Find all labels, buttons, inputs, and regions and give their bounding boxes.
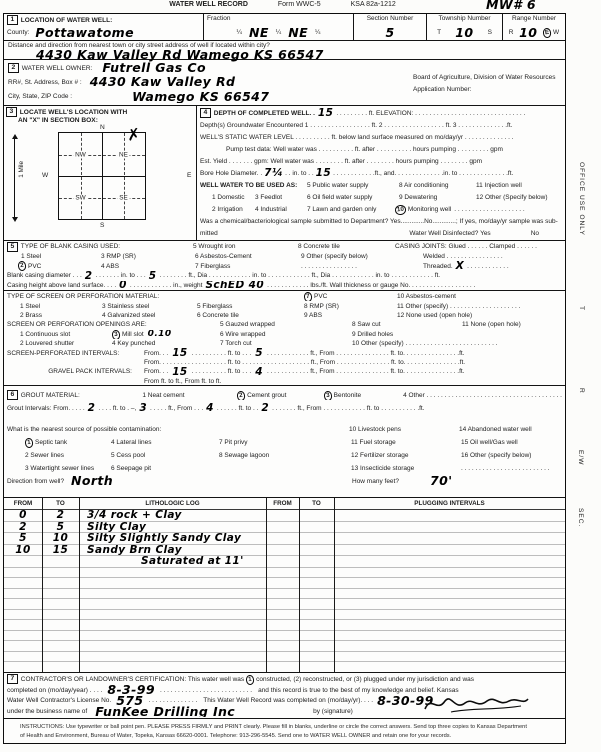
contamination-option-14: 14 Abandoned water well xyxy=(459,426,532,433)
table-row: 10 15 Sandy Brn Clay xyxy=(4,545,565,557)
bore-mid-label: . . in. to . . xyxy=(285,170,314,177)
screen-option-3: 3 Stainless steel xyxy=(102,303,197,310)
contamination-option-4: 4 Lateral lines xyxy=(111,439,219,446)
well-id-handwritten: MW# 6 xyxy=(486,0,536,12)
section5-blank-casing: 5 TYPE OF BLANK CASING USED: 5 Wrought i… xyxy=(4,241,565,291)
use-title: WELL WATER TO BE USED AS: xyxy=(200,182,307,189)
use-option-4: 4 Industrial xyxy=(255,206,307,213)
empty-cell xyxy=(299,510,334,521)
grout-mid-3: . . . . . . ft. to . . xyxy=(217,405,259,412)
openings-option-8: 8 Saw cut xyxy=(352,321,462,328)
casing-diameter-tail: . . . . . . . . ft., Dia . . . . . . . .… xyxy=(159,272,440,279)
gravel-interval-from-value: 15 xyxy=(172,367,187,376)
casing-diameter-mid: . . . . . . . in. to . . . xyxy=(96,272,146,279)
table-row xyxy=(4,578,565,589)
empty-cell xyxy=(334,556,565,567)
township-cell: Township Number T 10 S xyxy=(427,14,503,40)
casing-height-value: 0 xyxy=(119,281,127,291)
casing-diameter-value: 2 xyxy=(85,271,93,281)
section3-location-box: 3 LOCATE WELL'S LOCATION WITH AN "X" IN … xyxy=(4,106,196,240)
quad-se: SE xyxy=(117,194,130,201)
contamination-option-6: 6 Seepage pit xyxy=(111,465,351,472)
casing-diameter-label: Blank casing diameter . . . xyxy=(7,272,82,279)
gravel-intervals-blank-row: From ft. to ft., From ft. to ft. xyxy=(7,377,562,386)
section1-title: LOCATION OF WATER WELL: xyxy=(21,17,112,24)
empty-cell xyxy=(334,545,565,556)
use-option-6: 6 Oil field water supply xyxy=(307,194,399,201)
row-to: 2 xyxy=(42,510,79,521)
table-row xyxy=(4,631,565,642)
interval-tail: . . . . . . . . . . . . ft., From . . . … xyxy=(267,350,465,357)
screen-option-8: 8 RMP (SR) xyxy=(304,303,397,310)
openings-option-3: Mill slot xyxy=(122,331,144,338)
one-mile-label: 1 Mile xyxy=(18,161,25,178)
grout-option-1: 1 Neat cement xyxy=(142,392,237,399)
interval-tail: . . . . . . . . . . . . ft., From . . . … xyxy=(267,368,465,375)
quad-sw: SW xyxy=(73,194,87,201)
statute-number: KSA 82a-1212 xyxy=(351,1,396,8)
section4-well-details: 4 DEPTH OF COMPLETED WELL. . 15 . . . . … xyxy=(196,106,565,240)
grout-to-2: 2 xyxy=(261,403,269,414)
gravel-interval-to-value: 4 xyxy=(255,367,263,376)
bore-tail-label: . . . . . . . . . . . .ft., and. . . . .… xyxy=(333,170,513,177)
casing-height-tail: . . . . . . . . . . . . lbs./ft. Wall th… xyxy=(267,282,475,289)
office-use-only-label: OFFICE USE ONLY xyxy=(578,162,585,236)
section3-title-2: AN "X" IN SECTION BOX: xyxy=(18,117,194,124)
casing-option-5: 5 Wrought iron xyxy=(193,243,298,250)
range-value: 10 xyxy=(519,27,537,40)
fraction-label: Fraction xyxy=(207,15,350,22)
openings-option-3-circled: 3 xyxy=(112,330,120,339)
contamination-other-dots: . . . . . . . . . . . . . . . . . . . . … xyxy=(461,465,550,472)
contamination-option-12: 12 Fertilizer storage xyxy=(351,452,461,459)
address-value: 4430 Kaw Valley Rd xyxy=(90,76,236,89)
contamination-option-11: 11 Fuel storage xyxy=(351,439,461,446)
empty-cell xyxy=(334,522,565,533)
one-mile-arrow xyxy=(14,136,15,220)
casing-option-8: 8 Concrete tile xyxy=(298,243,395,250)
section-number-cell: Section Number 5 xyxy=(354,14,427,40)
casing-option-1: 1 Steel xyxy=(21,253,101,260)
instructions-line2: of Health and Environment, Bureau of Wat… xyxy=(20,732,555,741)
screen-intervals-label: SCREEN-PERFORATED INTERVALS: xyxy=(7,350,144,357)
empty-cell xyxy=(334,533,565,544)
feet-value: 70' xyxy=(430,475,452,488)
table-row xyxy=(4,620,565,631)
table-row xyxy=(4,641,565,652)
use-option-8: 8 Air conditioning xyxy=(399,182,476,189)
margin-t-label: T xyxy=(578,306,585,311)
fraction-value-1: NE xyxy=(249,27,269,40)
contamination-option-1: Septic tank xyxy=(35,439,67,446)
disinfected-no: No xyxy=(531,230,539,237)
range-east-circled: E xyxy=(543,28,552,38)
interval-from: From. . . xyxy=(144,350,168,357)
license-dots: . . . . . . . . . . . . . . xyxy=(149,697,198,704)
well-location-x-mark: ✗ xyxy=(126,126,142,144)
use-option-1: 1 Domestic xyxy=(212,194,255,201)
header-from: FROM xyxy=(4,498,42,509)
business-name-label: under the business name of xyxy=(7,708,87,715)
instructions-block: INSTRUCTIONS: Use typewriter or ball poi… xyxy=(4,718,565,746)
fraction-cell: Fraction ¼ NE ¼ NE ¼ xyxy=(204,14,354,40)
completed-on-label: completed on (mo/day/year) . . . . xyxy=(7,687,102,694)
casing-height-mid: . . . . . . . . . . . . in., weight xyxy=(130,282,203,289)
section3-number: 3 xyxy=(6,107,17,117)
bore-depth-value: 15 xyxy=(316,168,331,179)
grout-option-2-circled: 2 xyxy=(237,391,245,401)
section6-title: GROUT MATERIAL: xyxy=(21,392,80,399)
business-name-value: FunKee Drilling Inc xyxy=(95,706,235,717)
empty-cell xyxy=(299,533,334,544)
signature xyxy=(421,691,531,717)
table-row xyxy=(4,599,565,610)
direction-label: Direction from well? xyxy=(7,478,71,485)
pump-test-line: Pump test data: Well water was . . . . .… xyxy=(200,143,565,155)
grout-intervals-label: Grout Intervals: From. . . . . xyxy=(7,405,85,412)
county-value: Pottawatome xyxy=(35,27,134,40)
table-row: 0 2 3/4 rock + Clay xyxy=(4,510,565,522)
grout-mid-2: . . . . . ft., From . . . xyxy=(150,405,203,412)
row-lithology: Silty Clay xyxy=(79,522,266,533)
compass-n: N xyxy=(100,124,105,131)
contamination-option-10: 10 Livestock pens xyxy=(349,426,459,433)
screen-option-2: 2 Brass xyxy=(20,312,102,319)
grout-option-3: Bentonite xyxy=(334,392,361,399)
row-from: 2 xyxy=(4,522,42,533)
constructed-circled: 1 xyxy=(246,674,255,684)
joints-threaded: Threaded. xyxy=(423,263,453,270)
casing-option-2-circled: 2 xyxy=(18,261,26,271)
compass-w: W xyxy=(42,172,48,179)
empty-cell xyxy=(266,522,299,533)
quad-nw: NW xyxy=(73,151,88,158)
casing-depth-value: 5 xyxy=(149,271,157,281)
disinfected-label: Water Well Disinfected? Yes xyxy=(409,230,490,237)
empty-cell xyxy=(4,556,42,567)
table-row xyxy=(4,568,565,579)
grout-mid-1: . . . . ft. to . –, xyxy=(98,405,136,412)
section6-grout: 6 GROUT MATERIAL: 1 Neat cement 2 Cement… xyxy=(4,386,565,498)
screen-option-6: 6 Concrete tile xyxy=(197,312,304,319)
screen-option-10: 10 Asbestos-cement xyxy=(397,293,456,300)
fraction-value-2: NE xyxy=(288,27,308,40)
row-lithology: 3/4 rock + Clay xyxy=(79,510,266,521)
section3-title-1: LOCATE WELL'S LOCATION WITH xyxy=(20,109,128,116)
depth-label: DEPTH OF COMPLETED WELL. . xyxy=(214,110,315,117)
city-label: City, State, ZIP Code : xyxy=(8,93,72,100)
screen-option-9: 9 ABS xyxy=(304,312,397,319)
form-body: 1 LOCATION OF WATER WELL: County: Pottaw… xyxy=(3,13,566,744)
quarter-glyph: ¼ xyxy=(237,29,242,36)
township-t: T xyxy=(437,29,441,36)
date-completed-value: 8-3-99 xyxy=(107,685,155,696)
range-cell: Range Number R 10 EW xyxy=(503,14,565,40)
section7-certification: 7 CONTRACTOR'S OR LANDOWNER'S CERTIFICAT… xyxy=(4,673,565,718)
row-to: 10 xyxy=(42,533,79,544)
header-plugging-intervals: PLUGGING INTERVALS xyxy=(334,498,565,509)
quad-ne: NE xyxy=(117,151,130,158)
joints-welded: Welded . . . . . . . . . . . . . . . . xyxy=(423,253,503,260)
empty-cell xyxy=(266,510,299,521)
owner-value: Futrell Gas Co xyxy=(102,62,206,75)
contamination-option-2: 2 Sewer lines xyxy=(25,452,111,459)
empty-cell xyxy=(42,556,79,567)
use-option-5: 5 Public water supply xyxy=(307,182,399,189)
openings-option-11: 11 None (open hole) xyxy=(462,321,521,328)
openings-option-6: 6 Wire wrapped xyxy=(220,331,352,338)
use-option-7: 7 Lawn and garden only xyxy=(307,206,395,213)
grout-option-4: 4 Other . . . . . . . . . . . . . . . . … xyxy=(403,392,562,399)
casing-option-7: 7 Fiberglass xyxy=(195,263,301,270)
grout-to-1: 3 xyxy=(139,403,147,414)
casing-weight-value: SchED 40 xyxy=(205,281,264,291)
section-number-label: Section Number xyxy=(357,15,423,22)
grout-option-2: Cement grout xyxy=(247,392,286,399)
header-lithologic-log: LITHOLOGIC LOG xyxy=(79,498,266,509)
casing-height-label: Casing height above land surface. . . . xyxy=(7,282,116,289)
city-value: Wamego KS 66547 xyxy=(132,91,269,104)
openings-option-10: 10 Other (specify) . . . . . . . . . . .… xyxy=(352,340,498,347)
center-horizontal-line xyxy=(59,176,145,177)
screen-interval-from-value: 15 xyxy=(172,348,187,357)
table-row xyxy=(4,610,565,621)
openings-option-1: 1 Continuous slot xyxy=(20,331,112,338)
table-column-divider xyxy=(266,498,267,672)
groundwater-line: Depth(s) Groundwater Encountered 1 . . .… xyxy=(200,119,565,131)
contamination-option-5: 5 Cess pool xyxy=(111,452,219,459)
feet-label: How many feet? xyxy=(352,478,430,485)
address-label: RR#, St. Address, Box # : xyxy=(8,79,82,86)
contamination-option-16: 16 Other (specify below) xyxy=(461,452,531,459)
license-value: 575 xyxy=(116,696,143,707)
screen-option-7-circled: 7 xyxy=(304,292,312,301)
margin-ew-label: E/W xyxy=(577,450,584,465)
openings-option-9: 9 Drilled holes xyxy=(352,331,393,338)
header-to: TO xyxy=(42,498,79,509)
casing-option-3: 3 RMP (SR) xyxy=(101,253,195,260)
range-w: W xyxy=(553,29,559,36)
interval-from: From. . . xyxy=(144,368,168,375)
static-level-line: WELL'S STATIC WATER LEVEL . . . . . . . … xyxy=(200,131,565,143)
contamination-question: What is the nearest source of possible c… xyxy=(7,426,349,433)
empty-cell xyxy=(299,545,334,556)
certification-line1b: constructed, (2) reconstructed, or (3) p… xyxy=(256,676,474,683)
use-option-2: 2 Irrigation xyxy=(212,206,255,213)
row-from: 10 xyxy=(4,545,42,556)
openings-title: SCREEN OR PERFORATION OPENINGS ARE: xyxy=(7,321,220,328)
screen-perforation-section: TYPE OF SCREEN OR PERFORATION MATERIAL: … xyxy=(4,291,565,386)
page-header: WATER WELL RECORD Form WWC-5 KSA 82a-121… xyxy=(0,1,565,8)
distance-row: Distance and direction from nearest town… xyxy=(4,41,565,60)
certification-line2-dots: . . . . . . . . . . . . . . . . . . . . … xyxy=(160,687,252,694)
township-label: Township Number xyxy=(430,15,499,22)
document-title: WATER WELL RECORD xyxy=(169,1,248,8)
row-to: 15 xyxy=(42,545,79,556)
row-from: 5 xyxy=(4,533,42,544)
casing-other-dots: . . . . . . . . . . . . . . . . xyxy=(301,263,423,270)
record-date-dots: . . . . xyxy=(360,697,373,704)
interval-mid: . . . . . . . . . . ft. to . . . xyxy=(192,350,252,357)
section-number-value: 5 xyxy=(385,25,394,40)
gravel-intervals-label: GRAVEL PACK INTERVALS: xyxy=(7,368,144,375)
screen-option-11: 11 Other (specify) . . . . . . . . . . .… xyxy=(397,303,520,310)
screen-intervals-blank-row: From. . . . . . . . . . . . . . . . . . … xyxy=(7,358,562,367)
casing-joints-label: CASING JOINTS: Glued . . . . . . Clamped… xyxy=(395,243,537,250)
township-value: 10 xyxy=(455,27,473,40)
elevation-label: . . . . . . . . . ft. ELEVATION: . . . .… xyxy=(336,110,525,117)
use-option-11: 11 Injection well xyxy=(476,182,522,189)
section3-4-row: 3 LOCATE WELL'S LOCATION WITH AN "X" IN … xyxy=(4,106,565,241)
section4-number: 4 xyxy=(200,108,211,118)
contamination-option-13: 13 Insecticide storage xyxy=(351,465,461,472)
empty-cell xyxy=(334,510,565,521)
screen-interval-to-value: 5 xyxy=(255,348,263,357)
agency-block: Board of Agriculture, Division of Water … xyxy=(413,60,565,105)
lithologic-table: FROM TO LITHOLOGIC LOG FROM TO PLUGGING … xyxy=(4,498,565,673)
sample-mitted: mitted xyxy=(200,230,218,237)
table-column-divider xyxy=(42,498,43,672)
empty-cell xyxy=(299,556,334,567)
use-option-9: 9 Dewatering xyxy=(399,194,476,201)
section5-number: 5 xyxy=(7,242,18,252)
table-row xyxy=(4,589,565,600)
interval-mid: . . . . . . . . . . ft. to . . . xyxy=(192,368,252,375)
casing-option-2: PVC xyxy=(28,263,41,270)
township-s: S xyxy=(488,29,492,36)
screen-option-5: 5 Fiberglass xyxy=(197,303,304,310)
row-lithology: Silty Slightly Sandy Clay xyxy=(79,533,266,544)
grout-tail: . . . . . . . ft., From . . . . . . . . … xyxy=(272,405,424,412)
section1-number: 1 xyxy=(7,15,18,25)
header-from-2: FROM xyxy=(266,498,299,509)
water-well-record-scan: WATER WELL RECORD Form WWC-5 KSA 82a-121… xyxy=(0,0,601,752)
casing-option-4: 4 ABS xyxy=(101,263,195,270)
empty-cell xyxy=(266,556,299,567)
license-label: Water Well Contractor's License No. xyxy=(7,697,111,704)
use-option-10-dots: . . . . . . . . . . . . . . . . . . . . xyxy=(454,206,524,213)
application-number-label: Application Number: xyxy=(413,84,565,96)
compass-e: E xyxy=(187,172,191,179)
certification-line1a: CONTRACTOR'S OR LANDOWNER'S CERTIFICATIO… xyxy=(21,676,244,683)
county-label: County: xyxy=(7,29,29,36)
empty-cell xyxy=(299,522,334,533)
est-yield-line: Est. Yield . . . . . . . gpm: Well water… xyxy=(200,155,565,167)
use-option-10-circled: 10 xyxy=(395,205,407,216)
screen-option-12: 12 None used (open hole) xyxy=(397,312,472,319)
use-option-10: Monitoring well xyxy=(408,206,451,213)
header-to-2: TO xyxy=(299,498,334,509)
margin-r-label: R xyxy=(578,388,585,394)
section2-owner: 2 WATER WELL OWNER: Futrell Gas Co RR#, … xyxy=(4,60,565,106)
bore-diameter-value: 7¼ xyxy=(264,168,283,179)
grout-from-1: 2 xyxy=(88,403,96,414)
contamination-option-8: 8 Sewage lagoon xyxy=(219,452,351,459)
screen-option-1: 1 Steel xyxy=(20,303,102,310)
row-from: 0 xyxy=(4,510,42,521)
margin-sec-label: SEC. xyxy=(577,508,584,527)
screen-option-4: 4 Galvanized steel xyxy=(102,312,197,319)
section2-number: 2 xyxy=(8,63,19,73)
contamination-option-1-circled: 1 xyxy=(25,438,33,448)
section1-location: 1 LOCATION OF WATER WELL: County: Pottaw… xyxy=(4,14,565,41)
empty-cell xyxy=(266,533,299,544)
owner-fields: 2 WATER WELL OWNER: Futrell Gas Co RR#, … xyxy=(4,60,413,105)
grout-option-3-circled: 3 xyxy=(324,391,332,401)
openings-option-5: 5 Gauzed wrapped xyxy=(220,321,352,328)
instructions-line1: INSTRUCTIONS: Use typewriter or ball poi… xyxy=(20,723,555,732)
table-column-divider xyxy=(299,498,300,672)
casing-option-6: 6 Asbestos-Cement xyxy=(195,253,301,260)
contamination-option-15: 15 Oil well/Gas well xyxy=(461,439,518,446)
section5-title: TYPE OF BLANK CASING USED: xyxy=(21,243,120,250)
use-option-12: 12 Other (Specify below) xyxy=(476,194,548,201)
section-box-diagram: NW NE SW SE ✗ xyxy=(58,132,146,220)
table-column-divider xyxy=(334,498,335,672)
row-lithology-note: Saturated at 11' xyxy=(79,556,266,567)
range-r: R xyxy=(509,29,514,36)
screen-material-title: TYPE OF SCREEN OR PERFORATION MATERIAL: xyxy=(7,293,304,300)
table-row xyxy=(4,652,565,663)
openings-option-7: 7 Torch cut xyxy=(220,340,352,347)
quarter-glyph: ¼ xyxy=(276,29,281,36)
record-completed-label: This Water Well Record was completed on … xyxy=(203,697,360,704)
empty-cell xyxy=(266,545,299,556)
section7-number: 7 xyxy=(7,674,18,684)
sample-line: Was a chemical/bacteriological sample su… xyxy=(200,216,565,228)
compass-s: S xyxy=(100,222,104,229)
openings-option-4: 4 Key punched xyxy=(112,340,220,347)
section6-number: 6 xyxy=(7,390,18,400)
agency-name: Board of Agriculture, Division of Water … xyxy=(413,72,565,84)
range-label: Range Number xyxy=(506,15,562,22)
county-cell: 1 LOCATION OF WATER WELL: County: Pottaw… xyxy=(4,14,204,40)
grout-from-2: 4 xyxy=(206,403,214,414)
quarter-glyph: ¼ xyxy=(315,29,320,36)
casing-option-9: 9 Other (specify below) xyxy=(301,253,423,260)
screen-option-7: PVC xyxy=(314,293,327,300)
table-row: Saturated at 11' xyxy=(4,556,565,568)
table-row xyxy=(4,662,565,672)
threaded-x-mark: X xyxy=(456,261,465,271)
direction-value: North xyxy=(71,475,113,488)
use-option-3: 3 Feedlot xyxy=(255,194,307,201)
openings-option-2: 2 Louvered shutter xyxy=(20,340,112,347)
row-lithology: Sandy Brn Clay xyxy=(79,545,266,556)
depth-value: 15 xyxy=(318,108,333,119)
table-column-divider xyxy=(79,498,80,672)
contamination-option-3: 3 Watertight sewer lines xyxy=(25,465,111,472)
mill-slot-size: 0.10 xyxy=(148,330,172,339)
row-to: 5 xyxy=(42,522,79,533)
threaded-dots: . . . . . . . . . . . . xyxy=(467,263,509,270)
owner-label: WATER WELL OWNER: xyxy=(22,65,93,72)
bore-hole-label: Bore Hole Diameter. . xyxy=(200,170,262,177)
contamination-option-7: 7 Pit privy xyxy=(219,439,351,446)
table-row: 5 10 Silty Slightly Sandy Clay xyxy=(4,533,565,545)
signature-label: by (signature) xyxy=(313,708,353,715)
form-number: Form WWC-5 xyxy=(278,1,321,8)
